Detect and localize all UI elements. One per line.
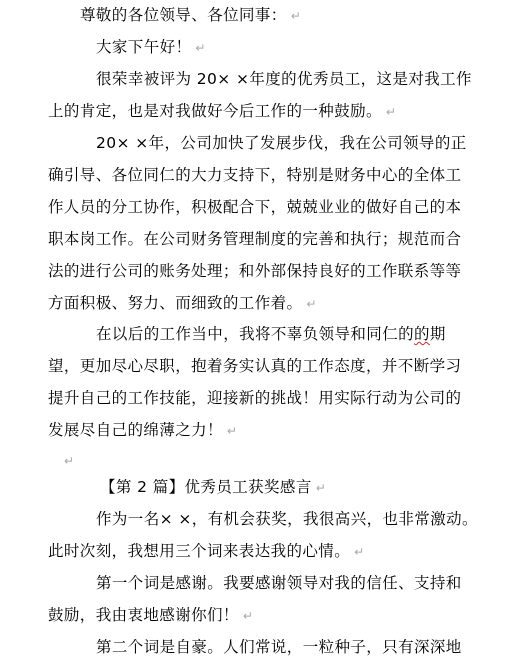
text-line: 发展尽自己的绵薄之力！↵ (48, 420, 237, 440)
text-line: 方面积极、努力、而细致的工作着。↵ (48, 293, 317, 313)
section-heading: 【第 2 篇】优秀员工获奖感言↵ (100, 477, 326, 497)
line-text: 鼓励，我由衷地感谢你们！ (48, 606, 239, 624)
text-line: 20× ×年，公司加快了发展步伐，我在公司领导的正 (96, 133, 467, 153)
text-line: 作为一名× ×，有机会获奖，我很高兴，也非常激动。 (96, 509, 478, 529)
heading-text: 【第 2 篇】优秀员工获奖感言 (100, 478, 312, 496)
salutation-line: 尊敬的各位领导、各位同事：↵ (80, 5, 301, 25)
line-text: 很荣幸被评为 20× ×年度的优秀员工，这是对我工作 (96, 70, 472, 88)
line-text: 大家下午好！ (96, 38, 191, 56)
text-line: 法的进行公司的账务处理；和外部保持良好的工作联系等等 (48, 261, 461, 281)
line-text: 20× ×年，公司加快了发展步伐，我在公司领导的正 (96, 134, 467, 152)
empty-line: ↵ (60, 450, 74, 470)
text-line: 确引导、各位同仁的大力支持下，特别是财务中心的全体工 (48, 165, 461, 185)
line-text: 上的肯定，也是对我做好今后工作的一种鼓励。 (48, 102, 382, 120)
line-text: 职本岗工作。在公司财务管理制度的完善和执行；规范而合 (48, 230, 461, 248)
line-text: 在以后的工作当中，我将不辜负领导和同仁的 (96, 325, 414, 343)
line-text: 第二个词是自豪。人们常说，一粒种子，只有深深地 (96, 638, 462, 656)
text-line: 望，更加尽心尽职，抱着务实认真的工作态度，并不断学习 (48, 356, 461, 376)
document-page: 尊敬的各位领导、各位同事：↵ 大家下午好！↵ 很荣幸被评为 20× ×年度的优秀… (0, 0, 529, 664)
line-text: 第一个词是感谢。我要感谢领导对我的信任、支持和 (96, 574, 462, 592)
greeting-line: 大家下午好！↵ (96, 37, 206, 57)
paragraph-mark-icon: ↵ (243, 609, 253, 623)
paragraph-mark-icon: ↵ (306, 297, 316, 311)
line-text: 提升自己的工作技能，迎接新的挑战！用实际行动为公司的 (48, 389, 461, 407)
text-line: 很荣幸被评为 20× ×年度的优秀员工，这是对我工作 (96, 69, 472, 89)
text-line: 鼓励，我由衷地感谢你们！↵ (48, 605, 253, 625)
line-text: 此时次刻，我想用三个词来表达我的心情。 (48, 542, 350, 560)
paragraph-mark-icon: ↵ (195, 41, 205, 55)
text-line: 上的肯定，也是对我做好今后工作的一种鼓励。↵ (48, 101, 396, 121)
line-text: 方面积极、努力、而细致的工作着。 (48, 294, 302, 312)
spellcheck-flagged-word[interactable]: 的 (414, 325, 430, 343)
text-line: 作人员的分工协作，积极配合下，兢兢业业的做好自己的本 (48, 197, 461, 217)
line-text: 望，更加尽心尽职，抱着务实认真的工作态度，并不断学习 (48, 357, 461, 375)
line-text: 尊敬的各位领导、各位同事： (80, 6, 287, 24)
text-line: 第二个词是自豪。人们常说，一粒种子，只有深深地 (96, 637, 462, 657)
text-line: 第一个词是感谢。我要感谢领导对我的信任、支持和 (96, 573, 462, 593)
line-text: 法的进行公司的账务处理；和外部保持良好的工作联系等等 (48, 262, 461, 280)
line-text: 作人员的分工协作，积极配合下，兢兢业业的做好自己的本 (48, 198, 461, 216)
paragraph-mark-icon: ↵ (316, 481, 326, 495)
line-text: 期 (430, 325, 446, 343)
text-line: 此时次刻，我想用三个词来表达我的心情。↵ (48, 541, 365, 561)
text-line: 提升自己的工作技能，迎接新的挑战！用实际行动为公司的 (48, 388, 461, 408)
paragraph-mark-icon: ↵ (354, 545, 364, 559)
text-line: 在以后的工作当中，我将不辜负领导和同仁的的期 (96, 324, 446, 344)
line-text: 确引导、各位同仁的大力支持下，特别是财务中心的全体工 (48, 166, 461, 184)
paragraph-mark-icon: ↵ (386, 105, 396, 119)
paragraph-mark-icon: ↵ (227, 424, 237, 438)
text-line: 职本岗工作。在公司财务管理制度的完善和执行；规范而合 (48, 229, 461, 249)
line-text: 作为一名× ×，有机会获奖，我很高兴，也非常激动。 (96, 510, 478, 528)
paragraph-mark-icon: ↵ (64, 454, 74, 468)
line-text: 发展尽自己的绵薄之力！ (48, 421, 223, 439)
paragraph-mark-icon: ↵ (291, 9, 301, 23)
